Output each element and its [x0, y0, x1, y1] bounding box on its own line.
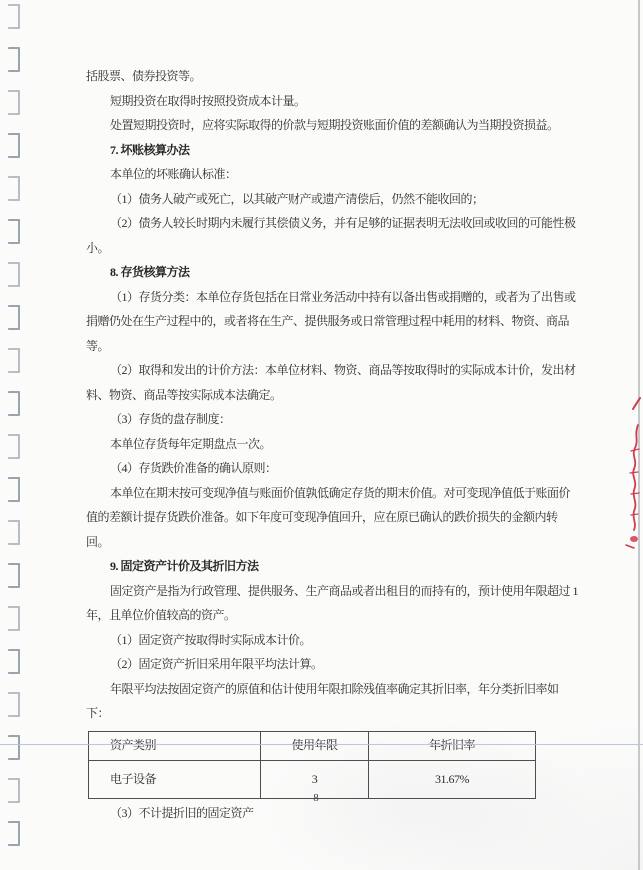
document-page: 括股票、债券投资等。短期投资在取得时按照投资成本计量。处置短期投资时，应将实际取… [0, 0, 643, 870]
paragraph: （3）不计提折旧的固定资产 [86, 801, 580, 826]
binding-hole [8, 649, 20, 674]
paragraph: 括股票、债券投资等。 [86, 64, 580, 89]
paragraph: （2）取得和发出的计价方法：本单位材料、物资、商品等按取得时的实际成本计价，发出… [86, 358, 580, 407]
paragraph: （4）存货跌价准备的确认原则： [86, 456, 580, 481]
table-cell: 电子设备 [89, 760, 261, 798]
scan-artifact-line [0, 744, 643, 745]
paragraph: （1）存货分类：本单位存货包括在日常业务活动中持有以备出售或捐赠的，或者为了出售… [86, 285, 580, 359]
paragraph: （1）固定资产按取得时实际成本计价。 [86, 628, 580, 653]
binding-hole [8, 735, 20, 760]
binding-hole [8, 391, 20, 416]
binding-hole [8, 434, 20, 459]
binding-hole [8, 348, 20, 373]
binding-hole [8, 219, 20, 244]
table-header-cell: 资产类别 [89, 731, 261, 760]
table-cell: 31.67% [369, 760, 536, 798]
binding-hole [8, 133, 20, 158]
binding-hole [8, 606, 20, 631]
paragraph: 固定资产是指为行政管理、提供服务、生产商品或者出租目的而持有的，预计使用年限超过… [86, 579, 580, 628]
binding-hole [8, 778, 20, 803]
paragraph: 本单位的坏账确认标准： [86, 162, 580, 187]
table-row: 电子设备331.67% [89, 760, 536, 798]
paragraph: （3）存货的盘存制度： [86, 407, 580, 432]
table-header-cell: 使用年限 [261, 731, 369, 760]
paragraph: 短期投资在取得时按照投资成本计量。 [86, 89, 580, 114]
section-heading: 7. 坏账核算办法 [86, 138, 580, 163]
table-cell: 3 [261, 760, 369, 798]
table-header-cell: 年折旧率 [369, 731, 536, 760]
paragraph: 处置短期投资时，应将实际取得的价款与短期投资账面价值的差额确认为当期投资损益。 [86, 113, 580, 138]
binding-hole [8, 90, 20, 115]
binding-hole [8, 477, 20, 502]
binding-hole [8, 305, 20, 330]
binding-hole [8, 4, 20, 29]
binding-hole [8, 821, 20, 846]
paragraph: 本单位存货每年定期盘点一次。 [86, 432, 580, 457]
depreciation-table: 资产类别使用年限年折旧率电子设备331.67% [88, 731, 536, 799]
paragraph: 本单位在期末按可变现净值与账面价值孰低确定存货的期末价值。对可变现净值低于账面价… [86, 481, 580, 555]
paragraph: （2）固定资产折旧采用年限平均法计算。 [86, 652, 580, 677]
paragraph: （1）债务人破产或死亡，以其破产财产或遗产清偿后，仍然不能收回的； [86, 187, 580, 212]
table-header-row: 资产类别使用年限年折旧率 [89, 731, 536, 760]
binding-hole [8, 563, 20, 588]
binding-hole [8, 176, 20, 201]
paragraph: 年限平均法按固定资产的原值和估计使用年限扣除残值率确定其折旧率，年分类折旧率如下… [86, 677, 580, 726]
binding-hole [8, 520, 20, 545]
paragraph: （2）债务人较长时期内未履行其偿债义务，并有足够的证据表明无法收回或收回的可能性… [86, 211, 580, 260]
document-content: 括股票、债券投资等。短期投资在取得时按照投资成本计量。处置短期投资时，应将实际取… [86, 64, 580, 825]
section-heading: 8. 存货核算方法 [86, 260, 580, 285]
binding-hole [8, 692, 20, 717]
section-heading: 9. 固定资产计价及其折旧方法 [86, 554, 580, 579]
binding-hole [8, 47, 20, 72]
binding-hole [8, 262, 20, 287]
handwritten-red-mark [622, 393, 643, 553]
